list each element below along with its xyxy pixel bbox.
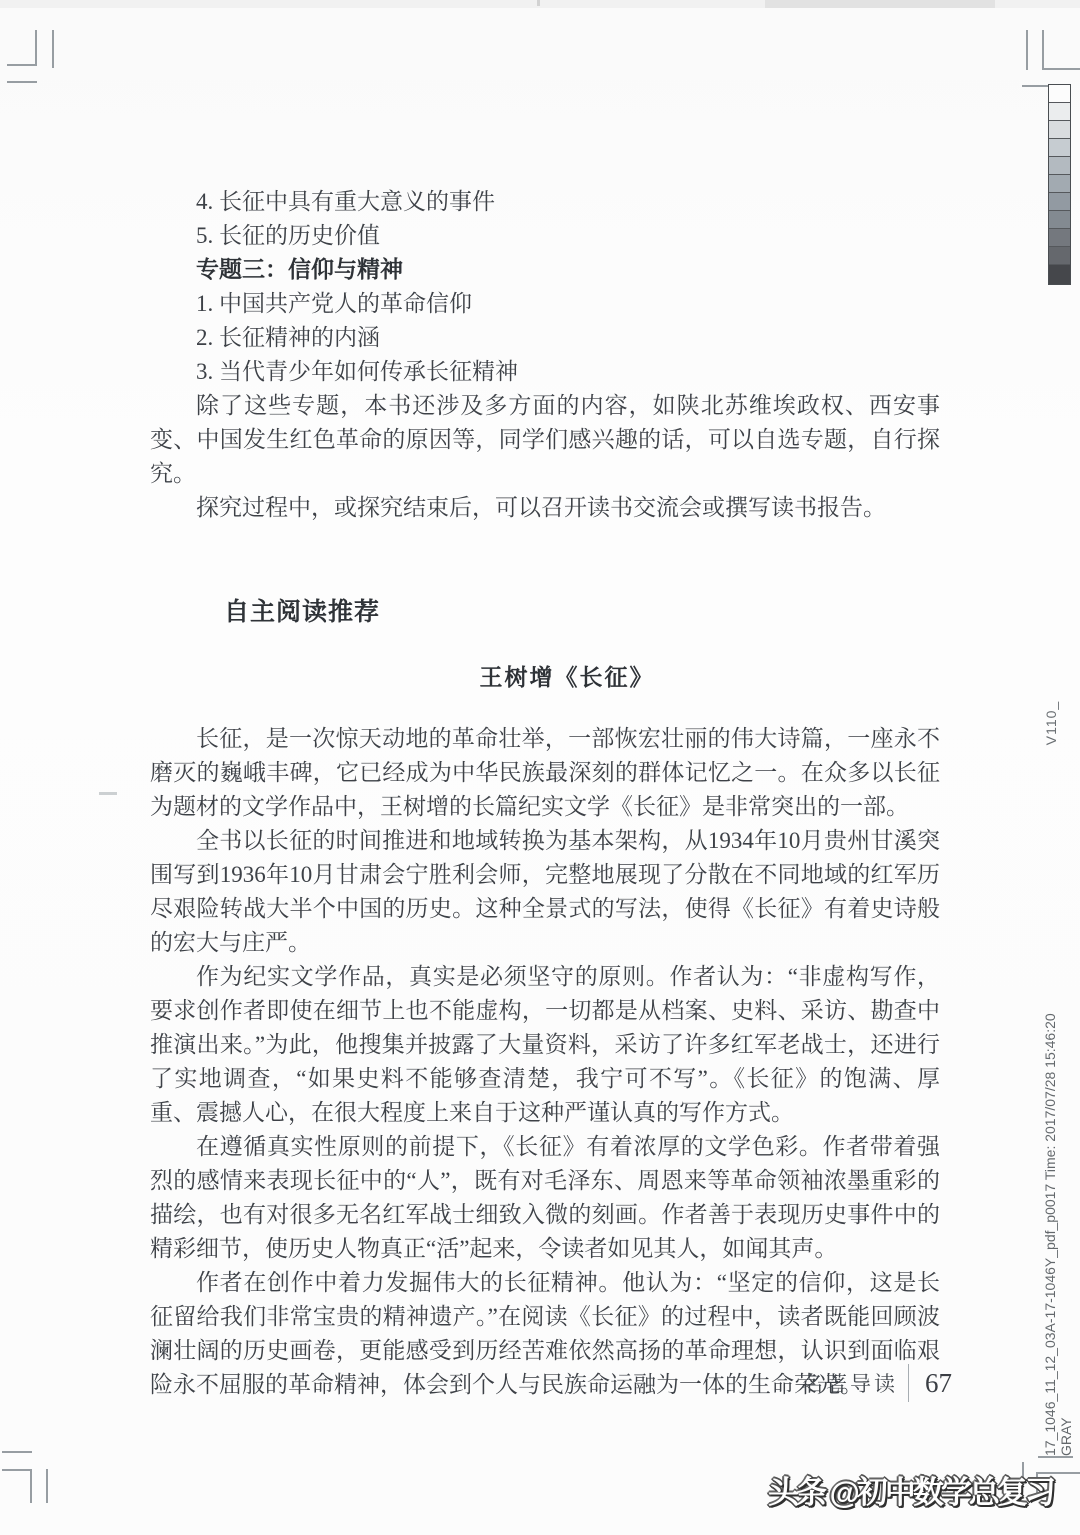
print-version-code: V110_ [1043, 683, 1061, 763]
grayscale-step [1049, 211, 1070, 229]
watermark-text: 头条 @初中数学总复习 [768, 1467, 1053, 1512]
grayscale-step [1049, 103, 1070, 121]
page-number: 67 [925, 1368, 952, 1399]
book-paragraph: 作为纪实文学作品，真实是必须坚守的原则。作者认为：“非虚构写作，要求创作者即使在… [150, 960, 940, 1130]
trim-mark-bottom-left-tick-v [46, 1469, 48, 1503]
trim-mark-bottom-left-horizontal [2, 1469, 32, 1471]
book-title: 王树增《长征》 [150, 661, 940, 695]
intro-paragraph: 除了这些专题，本书还涉及多方面的内容，如陕北苏维埃政权、西安事变、中国发生红色革… [150, 389, 940, 491]
topic-list-item: 4. 长征中具有重大意义的事件 [150, 185, 940, 219]
section-heading: 自主阅读推荐 [150, 595, 940, 631]
grayscale-step [1049, 139, 1070, 157]
trim-mark-bottom-left-tick-h [2, 1451, 32, 1453]
grayscale-step [1049, 193, 1070, 211]
trim-mark-top-right-vertical [1042, 30, 1044, 70]
trim-mark-top-right-horizontal [1042, 68, 1080, 70]
grayscale-step [1049, 121, 1070, 139]
scan-edge-artifact-dark [765, 0, 995, 8]
book-paragraph: 长征，是一次惊天动地的革命壮举，一部恢宏壮丽的伟大诗篇，一座永不磨灭的巍峨丰碑，… [150, 722, 940, 824]
trim-mark-top-left-horizontal [7, 64, 37, 66]
trim-mark-top-left-tick-h [7, 81, 37, 83]
book-paragraphs: 长征，是一次惊天动地的革命壮举，一部恢宏壮丽的伟大诗篇，一座永不磨灭的巍峨丰碑，… [150, 722, 940, 1402]
trim-mark-bottom-left-vertical [30, 1469, 32, 1503]
grayscale-step [1049, 157, 1070, 175]
trim-mark-top-right-tick-v [1026, 30, 1028, 70]
print-slug-line: 17_1046_11_12_03A-17-1046Y_pdf_p0017 Tim… [1042, 936, 1058, 1456]
topic-list-item: 2. 长征精神的内涵 [150, 321, 940, 355]
footer-divider [908, 1364, 909, 1402]
grayscale-step [1049, 247, 1070, 265]
intro-paragraph: 探究过程中，或探究结束后，可以召开读书交流会或撰写读书报告。 [150, 491, 940, 525]
grayscale-step [1049, 85, 1070, 103]
scan-edge-tick [537, 0, 540, 6]
page-body: 4. 长征中具有重大意义的事件5. 长征的历史价值专题三：信仰与精神1. 中国共… [150, 185, 940, 1402]
footer-section-label: 名著导读 [802, 1368, 898, 1398]
calibration-bar-crop-line [1022, 85, 1049, 87]
print-color-mode: GRAY [1058, 936, 1074, 1456]
topic-list-item: 1. 中国共产党人的革命信仰 [150, 287, 940, 321]
scanned-textbook-page: 4. 长征中具有重大意义的事件5. 长征的历史价值专题三：信仰与精神1. 中国共… [0, 0, 1080, 1535]
intro-paragraphs: 除了这些专题，本书还涉及多方面的内容，如陕北苏维埃政权、西安事变、中国发生红色革… [150, 389, 940, 525]
topic-list-item: 3. 当代青少年如何传承长征精神 [150, 355, 940, 389]
grayscale-step [1049, 175, 1070, 193]
trim-mark-top-left-vertical [35, 30, 37, 66]
page-footer: 名著导读 67 [802, 1364, 952, 1402]
grayscale-calibration-bar [1048, 84, 1071, 285]
print-slug-block: 17_1046_11_12_03A-17-1046Y_pdf_p0017 Tim… [1042, 936, 1074, 1456]
topic-list-item: 5. 长征的历史价值 [150, 219, 940, 253]
topic-list: 4. 长征中具有重大意义的事件5. 长征的历史价值专题三：信仰与精神1. 中国共… [150, 185, 940, 389]
grayscale-step [1049, 229, 1070, 247]
topic-list-item: 专题三：信仰与精神 [150, 253, 940, 287]
book-paragraph: 全书以长征的时间推进和地域转换为基本架构，从1934年10月贵州甘溪突围写到19… [150, 824, 940, 960]
trim-mark-bottom-right-tick-h [1038, 1456, 1073, 1458]
book-paragraph: 在遵循真实性原则的前提下，《长征》有着浓厚的文学色彩。作者带着强烈的感情来表现长… [150, 1130, 940, 1266]
scan-left-dash [99, 792, 117, 795]
trim-mark-top-left-tick-v [52, 30, 54, 68]
grayscale-step [1049, 265, 1070, 284]
